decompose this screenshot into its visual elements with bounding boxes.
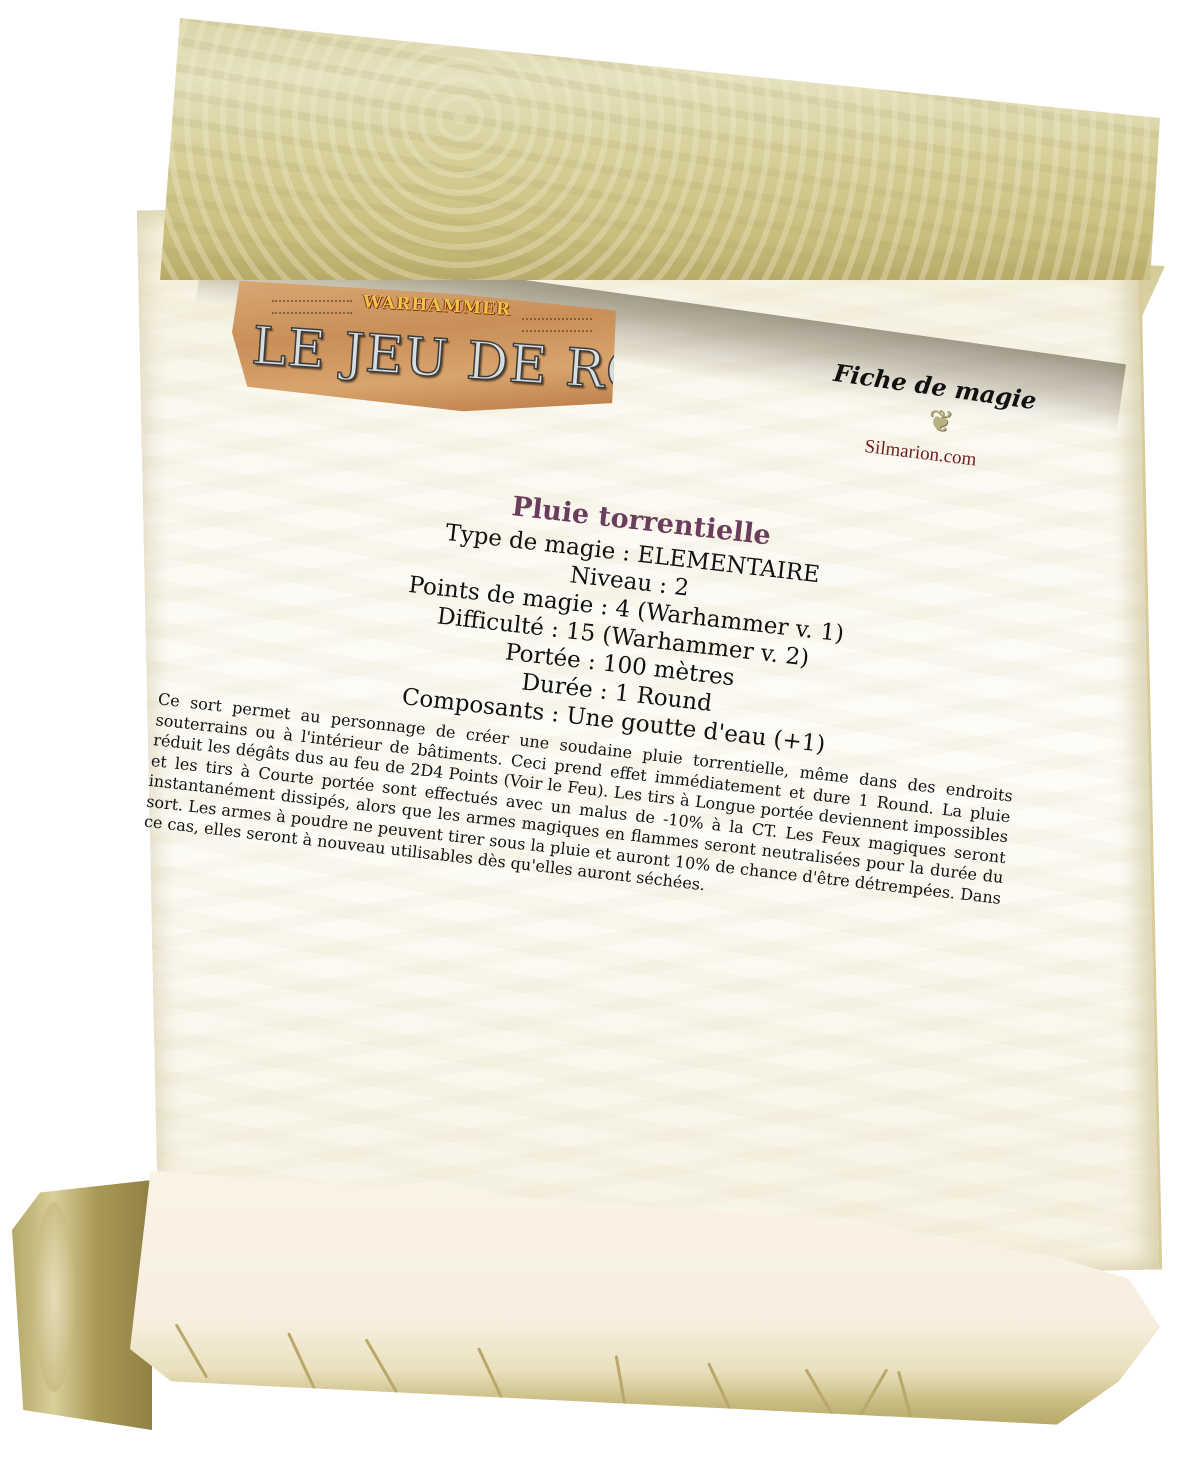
stitch-mark	[805, 1368, 839, 1423]
stitch-mark	[175, 1323, 209, 1378]
logo-ornament-right	[522, 318, 592, 332]
stitch-mark	[365, 1338, 399, 1393]
bottom-roll-end-cap	[12, 1180, 152, 1430]
stitch-mark	[615, 1355, 629, 1417]
logo-ornament-left	[272, 300, 352, 314]
celtic-knot-icon: ❦	[926, 403, 955, 440]
stitch-mark	[477, 1347, 506, 1404]
stitch-mark	[897, 1371, 916, 1432]
stitch-mark	[855, 1368, 889, 1423]
stitch-mark	[287, 1332, 316, 1389]
stitch-mark	[707, 1362, 736, 1419]
top-scroll-roll	[160, 10, 1160, 280]
